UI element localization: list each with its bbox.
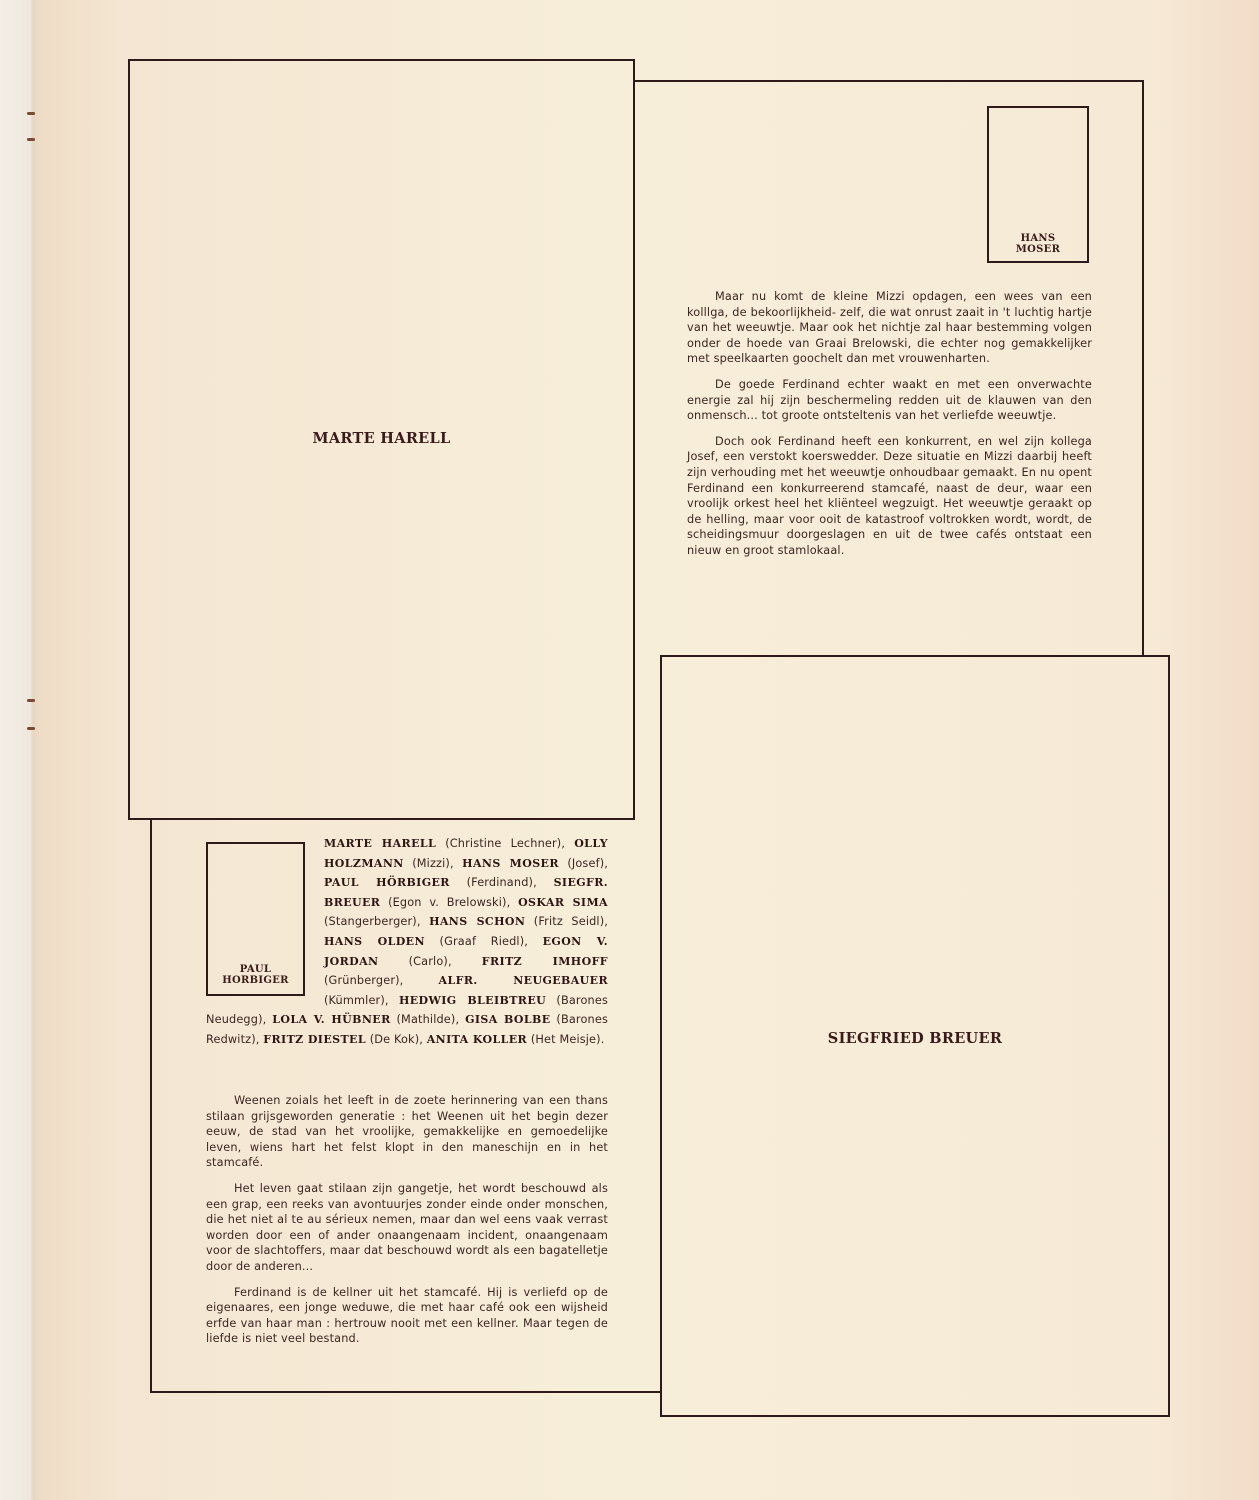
cast-actor: OSKAR SIMA (518, 896, 608, 909)
cast-role: (Graaf Riedl), (425, 935, 543, 948)
photo-caption-hans-moser: HANS MOSER (987, 233, 1089, 255)
paragraph: Ferdinand is de kellner uit het stamcafé… (206, 1285, 608, 1347)
caption-line: HORBIGER (206, 975, 305, 986)
binding-mark (27, 138, 35, 141)
cast-role: (Het Meisje). (527, 1033, 604, 1046)
cast-role: (Kümmler), (324, 994, 399, 1007)
caption-line: HANS (987, 233, 1089, 244)
cast-role: (Mathilde), (391, 1013, 465, 1026)
cast-actor: ANITA KOLLER (427, 1033, 527, 1046)
panel-border-top (635, 80, 1144, 82)
cast-actor: PAUL HÖRBIGER (324, 876, 450, 889)
cast-role: (Josef), (559, 857, 608, 870)
caption-line: PAUL (206, 964, 305, 975)
panel-border-left (150, 820, 152, 1393)
paragraph: Doch ook Ferdinand heeft een konkurrent,… (687, 434, 1092, 559)
photo-caption-marte-harell: MARTE HARELL (128, 430, 635, 447)
cast-role: (Egon v. Brelowski), (380, 896, 518, 909)
cast-actor: FRITZ DIESTEL (263, 1033, 366, 1046)
photo-caption-paul-horbiger: PAUL HORBIGER (206, 964, 305, 986)
cast-role: (Fritz Seidl), (525, 915, 608, 928)
cast-actor: FRITZ IMHOFF (482, 955, 608, 968)
caption-line: MOSER (987, 244, 1089, 255)
cast-role: (De Kok), (366, 1033, 427, 1046)
cast-role: (Christine Lechner), (436, 837, 574, 850)
cast-role: (Grünberger), (324, 974, 439, 987)
cast-role: (Stangerberger), (324, 915, 429, 928)
panel-border-bottom (150, 1391, 662, 1393)
synopsis-right-column: Maar nu komt de kleine Mizzi opdagen, ee… (687, 289, 1092, 569)
cast-actor: HANS SCHON (429, 915, 525, 928)
paragraph: Maar nu komt de kleine Mizzi opdagen, ee… (687, 289, 1092, 367)
cast-actor: MARTE HARELL (324, 837, 436, 850)
cast-actor: ALFR. NEUGEBAUER (439, 974, 608, 987)
panel-border-right (1142, 80, 1144, 657)
synopsis-left-column: Weenen zoials het leeft in de zoete heri… (206, 1093, 608, 1357)
cast-actor: LOLA V. HÜBNER (272, 1013, 390, 1026)
cast-role: (Mizzi), (404, 857, 462, 870)
photo-caption-siegfried-breuer: SIEGFRIED BREUER (660, 1030, 1170, 1047)
cast-actor: HEDWIG BLEIBTREU (399, 994, 546, 1007)
cast-actor: GISA BOLBE (465, 1013, 550, 1026)
cast-actor: HANS OLDEN (324, 935, 425, 948)
paragraph: Het leven gaat stilaan zijn gangetje, he… (206, 1181, 608, 1275)
cast-role: (Ferdinand), (450, 876, 554, 889)
paragraph: Weenen zoials het leeft in de zoete heri… (206, 1093, 608, 1171)
binding-mark (27, 699, 35, 702)
cast-role: (Carlo), (378, 955, 481, 968)
binding-mark (27, 112, 35, 115)
paragraph: De goede Ferdinand echter waakt en met e… (687, 377, 1092, 424)
binding-mark (27, 727, 35, 730)
cast-actor: HANS MOSER (462, 857, 559, 870)
